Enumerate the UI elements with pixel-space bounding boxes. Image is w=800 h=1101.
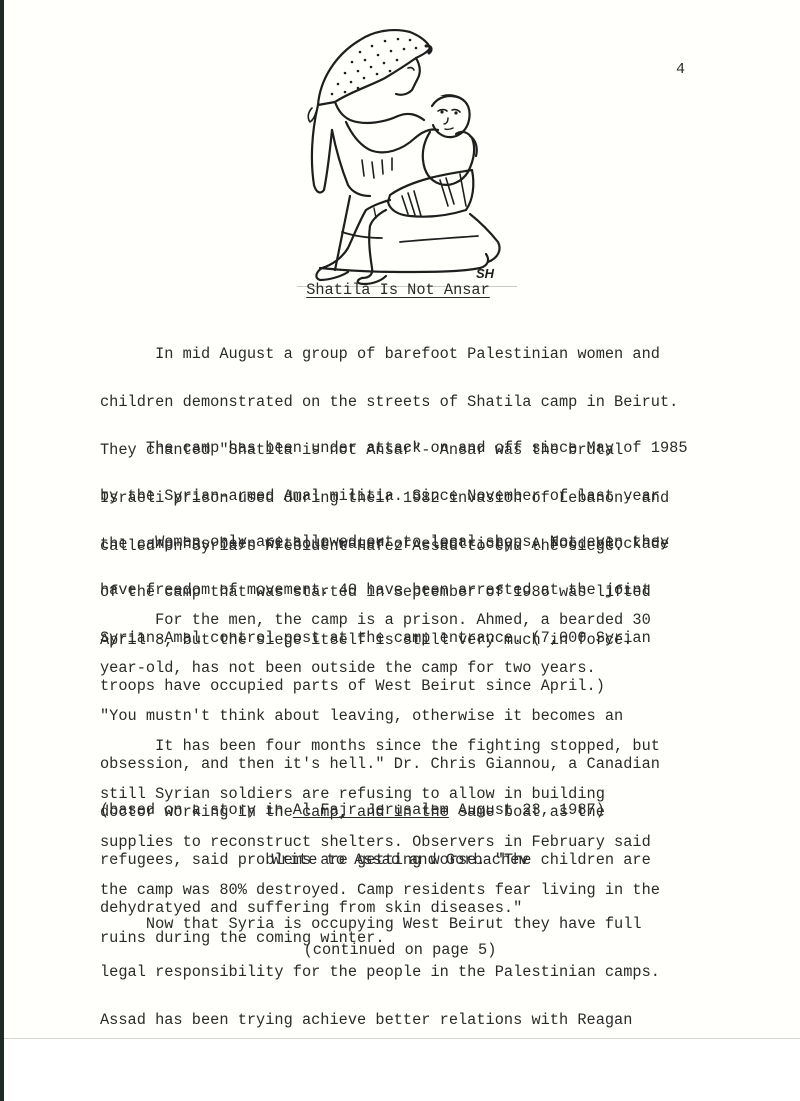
paragraph-line: year-old, has not been outside the camp … [100, 660, 740, 676]
paragraph-line: Now that Syria is occupying West Beirut … [100, 916, 740, 932]
article-title: Shatila Is Not Ansar [0, 282, 800, 298]
continuation-note: (continued on page 5) [0, 942, 800, 958]
section-heading: Write to Assad and Gorbachev [0, 852, 800, 868]
source-prefix: (based on a story in [100, 801, 293, 819]
source-suffix: August 23, 1987) [449, 801, 605, 819]
paragraph-line: In mid August a group of barefoot Palest… [100, 346, 740, 362]
page-number: 4 [676, 62, 685, 78]
artist-signature: SH [476, 266, 495, 281]
paragraph-line: Assad has been trying achieve better rel… [100, 1012, 740, 1028]
mother-and-child-illustration: SH [290, 10, 520, 285]
paragraph-6: Now that Syria is occupying West Beirut … [100, 884, 740, 1044]
paragraph-line: legal responsibility for the people in t… [100, 964, 740, 980]
source-publication: Al Fajr Jerusalem [293, 801, 449, 819]
article-title-text: Shatila Is Not Ansar [306, 281, 490, 299]
source-citation: (based on a story in Al Fajr Jerusalem A… [100, 802, 605, 818]
paragraph-line: supplies to reconstruct shelters. Observ… [100, 834, 740, 850]
paragraph-line: still Syrian soldiers are refusing to al… [100, 786, 740, 802]
paragraph-line: It has been four months since the fighti… [100, 738, 740, 754]
paragraph-line: For the men, the camp is a prison. Ahmed… [100, 612, 740, 628]
paragraph-line: Women only are allowed out to local shop… [100, 534, 740, 550]
paragraph-line: The camp has been under attack on and of… [100, 440, 740, 456]
